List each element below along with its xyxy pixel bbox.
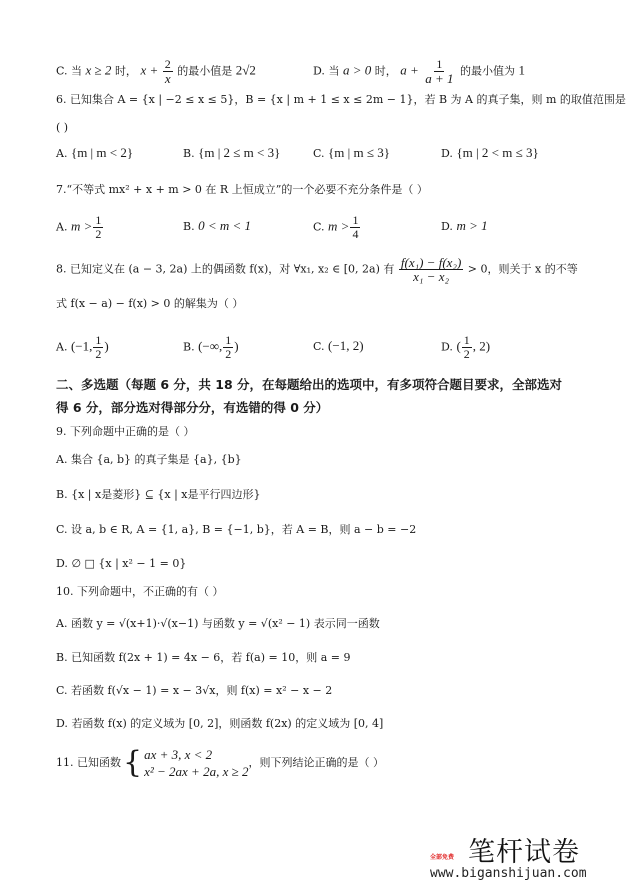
q7-option-b: B. 0 < m < 1 [183,218,251,235]
logo-badge: 全部免费 [430,852,454,861]
math: 2√2 [236,63,256,78]
q6-stem: 6. 已知集合 A = {x | −2 ≤ x ≤ 5}，B = {x | m … [56,92,626,108]
math: x + [140,63,158,78]
q8-stem-line1: 8. 已知定义在 (a − 3, 2a) 上的偶函数 f(x)，对 ∀x₁, x… [56,256,578,283]
q8-option-d: D. (12, 2) [441,334,490,361]
q6-option-a: A. {m | m < 2} [56,145,133,162]
question-number: 8. [56,263,67,276]
text: 的最小值为 [460,65,515,78]
question-number: 11. [56,755,74,771]
section-heading-line1: 二、多选题（每题 6 分，共 18 分，在每题给出的选项中，有多项符合题目要求，… [56,377,562,393]
text: 当 [328,65,339,78]
q7-option-a: A. m >12 [56,214,104,241]
logo-title: 笔杆试卷 [468,830,580,869]
q11-stem: 11. 已知函数 { ax + 3, x < 2 x² − 2ax + 2a, … [56,746,384,780]
option-label: C. [56,65,68,78]
q7-option-c: C. m >14 [313,214,361,241]
question-text: 已知函数 [77,755,121,771]
q9-option-d: D. ∅ □ {x | x² − 1 = 0} [56,556,186,572]
piecewise-cases: ax + 3, x < 2 x² − 2ax + 2a, x ≥ 2 [144,746,248,780]
question-text: “不等式 mx² + x + m > 0 在 R 上恒成立”的一个必要不充分条件… [67,183,428,196]
text: 时， [375,65,397,78]
q10-option-a: A. 函数 y = √(x+1)·√(x−1) 与函数 y = √(x² − 1… [56,616,380,632]
q6-option-b: B. {m | 2 ≤ m < 3} [183,145,280,162]
q9-option-c: C. 设 a, b ∈ R, A = {1, a}, B = {−1, b}，若… [56,522,416,538]
brace: { [123,748,142,778]
math: 1 [519,63,526,78]
q7-stem: 7.“不等式 mx² + x + m > 0 在 R 上恒成立”的一个必要不充分… [56,182,428,198]
question-text: 已知集合 A = {x | −2 ≤ x ≤ 5}，B = {x | m + 1… [70,93,626,106]
q9-option-a: A. 集合 {a, b} 的真子集是 {a}, {b} [56,452,242,468]
q9-option-b: B. {x | x是菱形} ⊆ {x | x是平行四边形} [56,487,261,503]
text: 当 [71,65,82,78]
text: 时， [115,65,137,78]
math: x ≥ 2 [86,63,112,78]
section-heading-line2: 得 6 分，部分选对得部分分，有选错的得 0 分） [56,400,328,416]
fraction: f(x₁) − f(x₂)x₁ − x₂ [399,256,463,283]
q8-option-b: B. (−∞,12) [183,334,239,361]
math: a + [400,63,419,78]
q10-stem: 10. 下列命题中，不正确的有（ ） [56,584,224,600]
q6-blank: ( ) [56,120,68,136]
q10-option-c: C. 若函数 f(√x − 1) = x − 3√x，则 f(x) = x² −… [56,683,332,699]
q6-option-c: C. {m | m ≤ 3} [313,145,390,162]
fraction: 1a + 1 [423,58,455,85]
logo-url: www.biganshijuan.com [430,866,587,881]
q9-stem: 9. 下列命题中正确的是（ ） [56,424,195,440]
question-number: 7. [56,183,67,196]
q6-option-d: D. {m | 2 < m ≤ 3} [441,145,539,162]
question-number: 6. [56,93,67,106]
q8-option-a: A. (−1,12) [56,334,109,361]
question-text: ，则下列结论正确的是（ ） [248,755,384,771]
option-label: D. [313,65,325,78]
q5-option-c: C. 当 x ≥ 2 时， x + 2x 的最小值是 2√2 [56,58,256,85]
watermark-logo: 笔杆试卷 全部免费 www.biganshijuan.com [430,830,620,885]
q5-option-d: D. 当 a > 0 时， a + 1a + 1 的最小值为 1 [313,58,525,85]
fraction: 2x [163,58,173,85]
q10-option-b: B. 已知函数 f(2x + 1) = 4x − 6，若 f(a) = 10，则… [56,650,350,666]
q10-option-d: D. 若函数 f(x) 的定义域为 [0, 2]，则函数 f(2x) 的定义域为… [56,716,383,732]
question-text: 已知定义在 (a − 3, 2a) 上的偶函数 f(x)，对 ∀x₁, x₂ ∈… [70,263,394,276]
q7-option-d: D. m > 1 [441,218,488,235]
q8-option-c: C. (−1, 2) [313,338,364,355]
math: a > 0 [343,63,371,78]
q8-stem-line2: 式 f(x − a) − f(x) > 0 的解集为（ ） [56,296,243,312]
text: 的最小值是 [177,65,232,78]
question-text: > 0，则关于 x 的不等 [468,263,578,276]
